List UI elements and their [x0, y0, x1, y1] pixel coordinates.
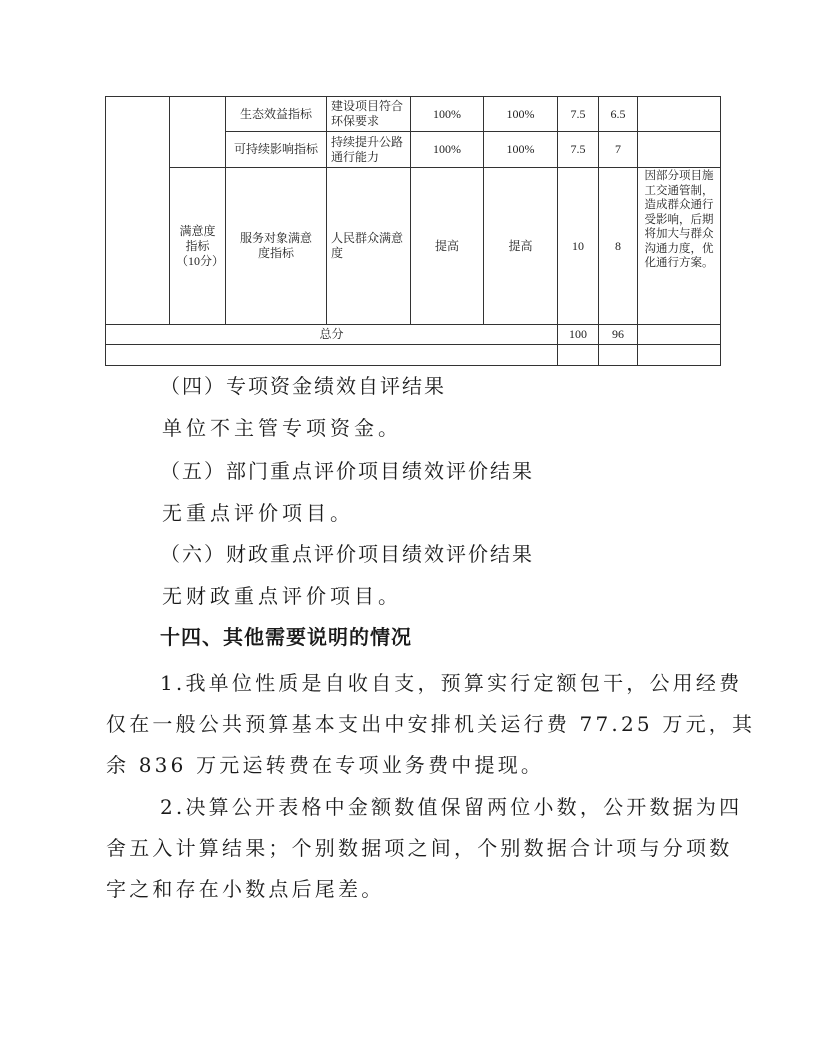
table-cell-category: 满意度指标（10分）: [170, 168, 226, 325]
note1-line3: 余 836 万元运转费在专项业务费中提现。: [106, 749, 544, 778]
table-cell-detail: 人民群众满意度: [327, 168, 411, 325]
section-body-6: 无财政重点评价项目。: [162, 580, 402, 609]
table-cell-total-score: 96: [599, 325, 638, 345]
section-heading-6: （六）财政重点评价项目绩效评价结果: [160, 538, 534, 567]
table-cell-level1: [106, 97, 170, 325]
table-cell-remark: 因部分项目施工交通管制，造成群众通行受影响，后期将加大与群众沟通力度，优化通行方…: [638, 168, 721, 325]
table-cell-remark: [638, 97, 721, 132]
note1-line1: 1.我单位性质是自收自支，预算实行定额包干，公用经费: [160, 667, 742, 696]
table-cell-detail: 建设项目符合环保要求: [327, 97, 411, 132]
table-cell-target: 提高: [411, 168, 484, 325]
note2-line2: 舍五入计算结果；个别数据项之间，个别数据合计项与分项数: [106, 832, 732, 861]
table-cell-indicator: 生态效益指标: [226, 97, 327, 132]
document-page: 生态效益指标 建设项目符合环保要求 100% 100% 7.5 6.5 可持续影…: [0, 0, 816, 1056]
table-cell-weight: 7.5: [558, 97, 599, 132]
table-row-empty: [106, 345, 721, 366]
table-cell-level2: [170, 97, 226, 168]
table-cell-total-label: 总分: [106, 325, 558, 345]
section-body-4: 单位不主管专项资金。: [162, 412, 402, 441]
section-body-5: 无重点评价项目。: [162, 497, 354, 526]
note1-line2: 仅在一般公共预算基本支出中安排机关运行费 77.25 万元，其: [106, 708, 755, 737]
table-row-satisfaction: 满意度指标（10分） 服务对象满意度指标 人民群众满意度 提高 提高 10 8 …: [106, 168, 721, 325]
table-cell-empty: [638, 345, 721, 366]
performance-evaluation-table: 生态效益指标 建设项目符合环保要求 100% 100% 7.5 6.5 可持续影…: [105, 96, 721, 366]
section-heading-5: （五）部门重点评价项目绩效评价结果: [160, 455, 534, 484]
table-cell-actual: 100%: [484, 132, 558, 168]
table-cell-empty: [599, 345, 638, 366]
table-cell-target: 100%: [411, 97, 484, 132]
note2-line1: 2.决算公开表格中金额数值保留两位小数，公开数据为四: [160, 791, 742, 820]
table-cell-weight: 7.5: [558, 132, 599, 168]
table-cell-indicator: 服务对象满意度指标: [226, 168, 327, 325]
main-heading-14: 十四、其他需要说明的情况: [160, 621, 412, 650]
table-cell-indicator: 可持续影响指标: [226, 132, 327, 168]
note2-line3: 字之和存在小数点后尾差。: [106, 873, 384, 902]
table-cell-actual: 100%: [484, 97, 558, 132]
table-cell-score: 6.5: [599, 97, 638, 132]
table-cell-total-remark: [638, 325, 721, 345]
table-cell-weight: 10: [558, 168, 599, 325]
table-row-total: 总分 100 96: [106, 325, 721, 345]
table-cell-empty: [106, 345, 558, 366]
table-cell-remark: [638, 132, 721, 168]
table-cell-score: 8: [599, 168, 638, 325]
table-row-ecological: 生态效益指标 建设项目符合环保要求 100% 100% 7.5 6.5: [106, 97, 721, 132]
table-cell-actual: 提高: [484, 168, 558, 325]
table-cell-score: 7: [599, 132, 638, 168]
table-cell-empty: [558, 345, 599, 366]
table-cell-target: 100%: [411, 132, 484, 168]
section-heading-4: （四）专项资金绩效自评结果: [160, 370, 446, 399]
table-cell-detail: 持续提升公路通行能力: [327, 132, 411, 168]
table-cell-total-weight: 100: [558, 325, 599, 345]
